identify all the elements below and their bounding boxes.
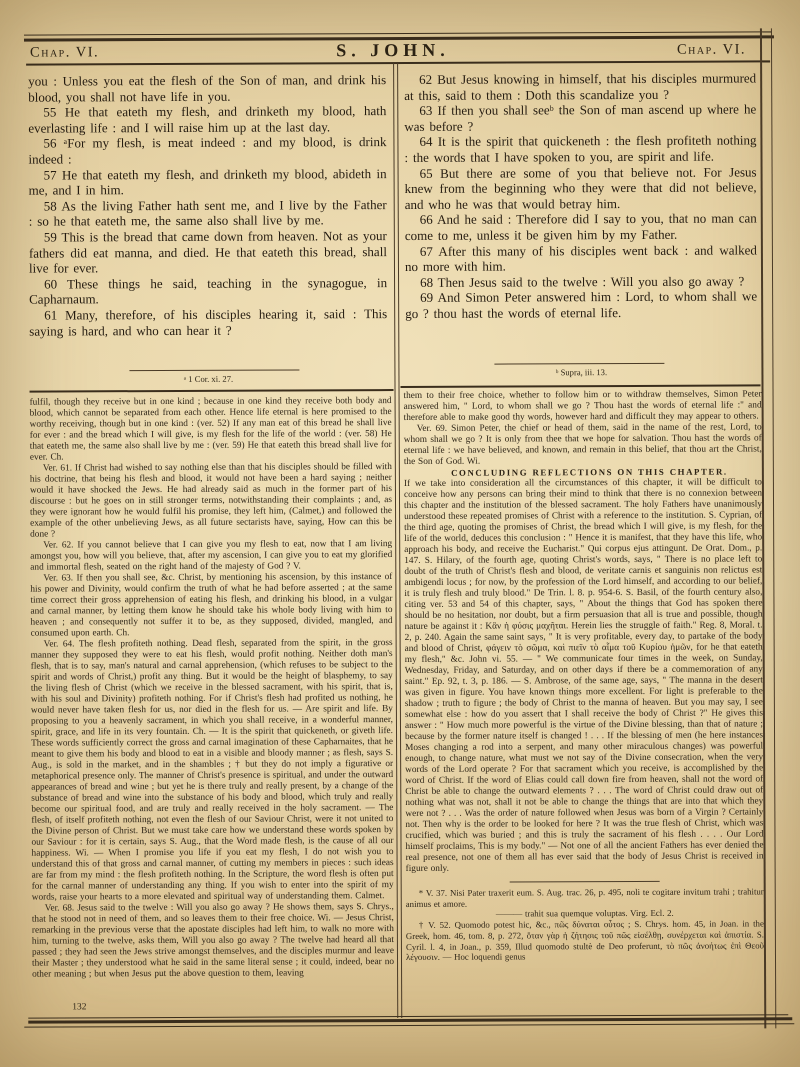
verse-paragraph: 57 He that eateth my flesh, and drinketh… <box>29 166 387 199</box>
verse-paragraph: 64 It is the spirit that quickeneth : th… <box>404 133 756 166</box>
footnote-ref-left: ᵃ 1 Cor. xi. 27. <box>29 373 387 385</box>
footnote-ref-rule-right <box>494 363 664 365</box>
bottom-rule-thin-lower <box>24 1023 794 1027</box>
commentary-paragraph: Ver. 64. The flesh profiteth nothing. De… <box>31 638 394 904</box>
footnote-ref-rule-left <box>129 369 299 371</box>
scanned-page: Chap. VI. S. JOHN. Chap. VI. you : Unles… <box>0 0 800 1067</box>
verse-paragraph: 58 As the living Father hath sent me, an… <box>29 197 387 230</box>
commentary-paragraph: Ver. 62. If you cannot believe that I ca… <box>30 539 392 574</box>
verse-paragraph: 65 But there are some of you that believ… <box>405 164 757 212</box>
verse-paragraph: 67 After this many of his disciples went… <box>405 242 757 275</box>
footnote-separator <box>510 881 660 883</box>
verse-paragraph: 55 He that eateth my flesh, and drinketh… <box>28 103 386 136</box>
footnote-ref-right: ᵇ Supra, iii. 13. <box>405 366 757 378</box>
verse-paragraph: 68 Then Jesus said to the twelve : Will … <box>405 273 757 290</box>
commentary-column-right: them to their free choice, whether to fo… <box>404 389 765 1019</box>
verse-paragraph: 69 And Simon Peter answered him : Lord, … <box>405 289 757 322</box>
running-head-right: Chap. VI. <box>677 41 746 58</box>
commentary-paragraph: Ver. 68. Jesus said to the twelve : Will… <box>32 902 394 981</box>
verse-paragraph: 60 These things he said, teaching in the… <box>29 275 387 308</box>
verse-column-right: 62 But Jesus knowing in himself, that hi… <box>404 70 757 321</box>
verse-paragraph: 59 This is the bread that came down from… <box>29 228 387 276</box>
commentary-column-left: fulfil, though they receive but in one k… <box>30 396 395 1002</box>
footnote-paragraph: * V. 37. Nisi Pater traxerit eum. S. Aug… <box>406 886 764 909</box>
commentary-paragraph: Ver. 63. If then you shall see, &c. Chri… <box>30 572 392 640</box>
page-number: 132 <box>72 1002 86 1012</box>
commentary-paragraph: If we take into consideration all the ci… <box>404 477 764 875</box>
page-content: Chap. VI. S. JOHN. Chap. VI. you : Unles… <box>0 0 800 1067</box>
verse-paragraph: you : Unless you eat the flesh of the So… <box>28 72 386 105</box>
commentary-paragraph: fulfil, though they receive but in one k… <box>30 396 392 464</box>
verse-paragraph: 66 And he said : Therefore did I say to … <box>405 211 757 244</box>
commentary-paragraph: Ver. 69. Simon Peter, the chief or head … <box>404 422 762 468</box>
verse-paragraph: 62 But Jesus knowing in himself, that hi… <box>404 70 756 103</box>
page-title: S. JOHN. <box>28 38 758 62</box>
verse-paragraph: 61 Many, therefore, of his disciples hea… <box>29 306 387 339</box>
verse-column-left: you : Unless you eat the flesh of the So… <box>28 72 387 339</box>
commentary-separator-right <box>401 384 761 387</box>
column-divider-inner <box>397 63 402 1018</box>
verse-paragraph: 63 If then you shall seeᵇ the Son of man… <box>404 102 756 135</box>
commentary-separator-left <box>30 389 394 392</box>
footnote-paragraph: † V. 52. Quomodo potest hic, &c., πῶς δύ… <box>406 919 764 963</box>
commentary-paragraph: Ver. 61. If Christ had wished to say not… <box>30 462 392 541</box>
verse-paragraph: 56 ᵃFor my flesh, is meat indeed : and m… <box>28 134 386 167</box>
commentary-paragraph: them to their free choice, whether to fo… <box>404 389 762 424</box>
right-border-thin <box>771 28 776 1028</box>
